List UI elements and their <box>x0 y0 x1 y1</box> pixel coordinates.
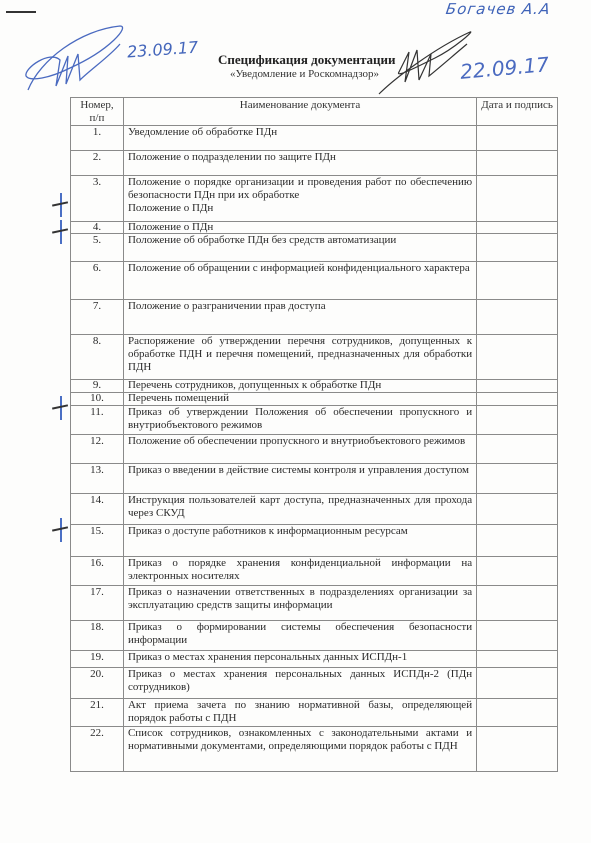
document-name: Приказ о назначении ответственных в подр… <box>123 586 476 621</box>
row-number: 17. <box>71 586 124 621</box>
document-title: Спецификация документации <box>218 52 396 68</box>
row-number: 2. <box>71 151 124 176</box>
document-name: Положение о подразделении по защите ПДн <box>123 151 476 176</box>
row-number: 8. <box>71 335 124 380</box>
document-subtitle: «Уведомление и Роскомнадзор» <box>230 68 379 80</box>
top-dash-mark <box>6 11 36 13</box>
row-number: 4. <box>71 222 124 234</box>
document-name: Список сотрудников, ознакомленных с зако… <box>123 727 476 772</box>
table-row: 14.Инструкция пользователей карт доступа… <box>71 494 558 525</box>
table-row: 12.Положение об обеспечении пропускного … <box>71 435 558 464</box>
row-number: 6. <box>71 262 124 300</box>
table-row: 15.Приказ о доступе работников к информа… <box>71 525 558 557</box>
table-row: 5.Положение об обработке ПДн без средств… <box>71 234 558 262</box>
table-row: 18.Приказ о формировании системы обеспеч… <box>71 621 558 651</box>
table-row: 11.Приказ об утверждении Положения об об… <box>71 406 558 435</box>
document-name: Положение о порядке организации и провед… <box>123 176 476 222</box>
table-row: 4.Положение о ПДн <box>71 222 558 234</box>
document-name: Инструкция пользователей карт доступа, п… <box>123 494 476 525</box>
date-signature-cell <box>477 464 558 494</box>
row-number: 9. <box>71 380 124 393</box>
table-row: 9.Перечень сотрудников, допущенных к обр… <box>71 380 558 393</box>
row-number: 10. <box>71 393 124 406</box>
document-name: Положение об обработке ПДн без средств а… <box>123 234 476 262</box>
date-signature-cell <box>477 494 558 525</box>
table-row: 13.Приказ о введении в действие системы … <box>71 464 558 494</box>
date-signature-cell <box>477 151 558 176</box>
row-number: 18. <box>71 621 124 651</box>
row-number: 7. <box>71 300 124 335</box>
table-row: 2.Положение о подразделении по защите ПД… <box>71 151 558 176</box>
date-signature-cell <box>477 335 558 380</box>
handwritten-signer-name: Богачев А.А <box>445 0 552 18</box>
table-row: 7.Положение о разграничении прав доступа <box>71 300 558 335</box>
header-name: Наименование документа <box>123 98 476 126</box>
date-signature-cell <box>477 176 558 222</box>
document-name: Приказ о доступе работников к информацио… <box>123 525 476 557</box>
document-name: Положение об обеспечении пропускного и в… <box>123 435 476 464</box>
row-number: 21. <box>71 699 124 727</box>
document-name: Положение о ПДн <box>123 222 476 234</box>
document-name: Распоряжение об утверждении перечня сотр… <box>123 335 476 380</box>
document-name: Приказ о формировании системы обеспечени… <box>123 621 476 651</box>
table-row: 6.Положение об обращении с информацией к… <box>71 262 558 300</box>
specification-table: Номер, п/п Наименование документа Дата и… <box>70 97 558 772</box>
table-row: 21.Акт приема зачета по знанию нормативн… <box>71 699 558 727</box>
date-signature-cell <box>477 406 558 435</box>
document-name: Акт приема зачета по знанию нормативной … <box>123 699 476 727</box>
table-row: 3.Положение о порядке организации и пров… <box>71 176 558 222</box>
date-signature-cell <box>477 380 558 393</box>
row-number: 11. <box>71 406 124 435</box>
signature-left-icon <box>20 20 130 100</box>
table-header-row: Номер, п/п Наименование документа Дата и… <box>71 98 558 126</box>
row-number: 15. <box>71 525 124 557</box>
table-row: 10.Перечень помещений <box>71 393 558 406</box>
document-name: Приказ о введении в действие системы кон… <box>123 464 476 494</box>
row-number: 12. <box>71 435 124 464</box>
table-row: 22.Список сотрудников, ознакомленных с з… <box>71 727 558 772</box>
date-signature-cell <box>477 222 558 234</box>
document-name: Перечень помещений <box>123 393 476 406</box>
row-number: 1. <box>71 126 124 151</box>
date-signature-cell <box>477 126 558 151</box>
date-signature-cell <box>477 651 558 668</box>
row-number: 3. <box>71 176 124 222</box>
date-signature-cell <box>477 557 558 586</box>
date-signature-cell <box>477 300 558 335</box>
header-number: Номер, п/п <box>71 98 124 126</box>
document-name: Уведомление об обработке ПДн <box>123 126 476 151</box>
header-date: Дата и подпись <box>477 98 558 126</box>
document-name: Приказ о местах хранения персональных да… <box>123 651 476 668</box>
row-number: 22. <box>71 727 124 772</box>
row-number: 19. <box>71 651 124 668</box>
document-name: Приказ об утверждении Положения об обесп… <box>123 406 476 435</box>
document-name: Приказ о порядке хранения конфиденциальн… <box>123 557 476 586</box>
date-signature-cell <box>477 393 558 406</box>
date-signature-cell <box>477 727 558 772</box>
table-row: 16.Приказ о порядке хранения конфиденциа… <box>71 557 558 586</box>
table-row: 17.Приказ о назначении ответственных в п… <box>71 586 558 621</box>
row-number: 16. <box>71 557 124 586</box>
date-signature-cell <box>477 262 558 300</box>
document-name: Перечень сотрудников, допущенных к обраб… <box>123 380 476 393</box>
date-signature-cell <box>477 586 558 621</box>
document-name: Положение о разграничении прав доступа <box>123 300 476 335</box>
table-row: 20.Приказ о местах хранения персональных… <box>71 668 558 699</box>
table-row: 19.Приказ о местах хранения персональных… <box>71 651 558 668</box>
date-signature-cell <box>477 525 558 557</box>
table-row: 1.Уведомление об обработке ПДн <box>71 126 558 151</box>
row-number: 13. <box>71 464 124 494</box>
date-signature-cell <box>477 699 558 727</box>
table-row: 8.Распоряжение об утверждении перечня со… <box>71 335 558 380</box>
date-signature-cell <box>477 435 558 464</box>
row-number: 14. <box>71 494 124 525</box>
row-number: 20. <box>71 668 124 699</box>
date-signature-cell <box>477 621 558 651</box>
document-name: Положение об обращении с информацией кон… <box>123 262 476 300</box>
row-number: 5. <box>71 234 124 262</box>
date-signature-cell <box>477 234 558 262</box>
handwritten-date-left: 23.09.17 <box>126 38 198 62</box>
document-name: Приказ о местах хранения персональных да… <box>123 668 476 699</box>
date-signature-cell <box>477 668 558 699</box>
